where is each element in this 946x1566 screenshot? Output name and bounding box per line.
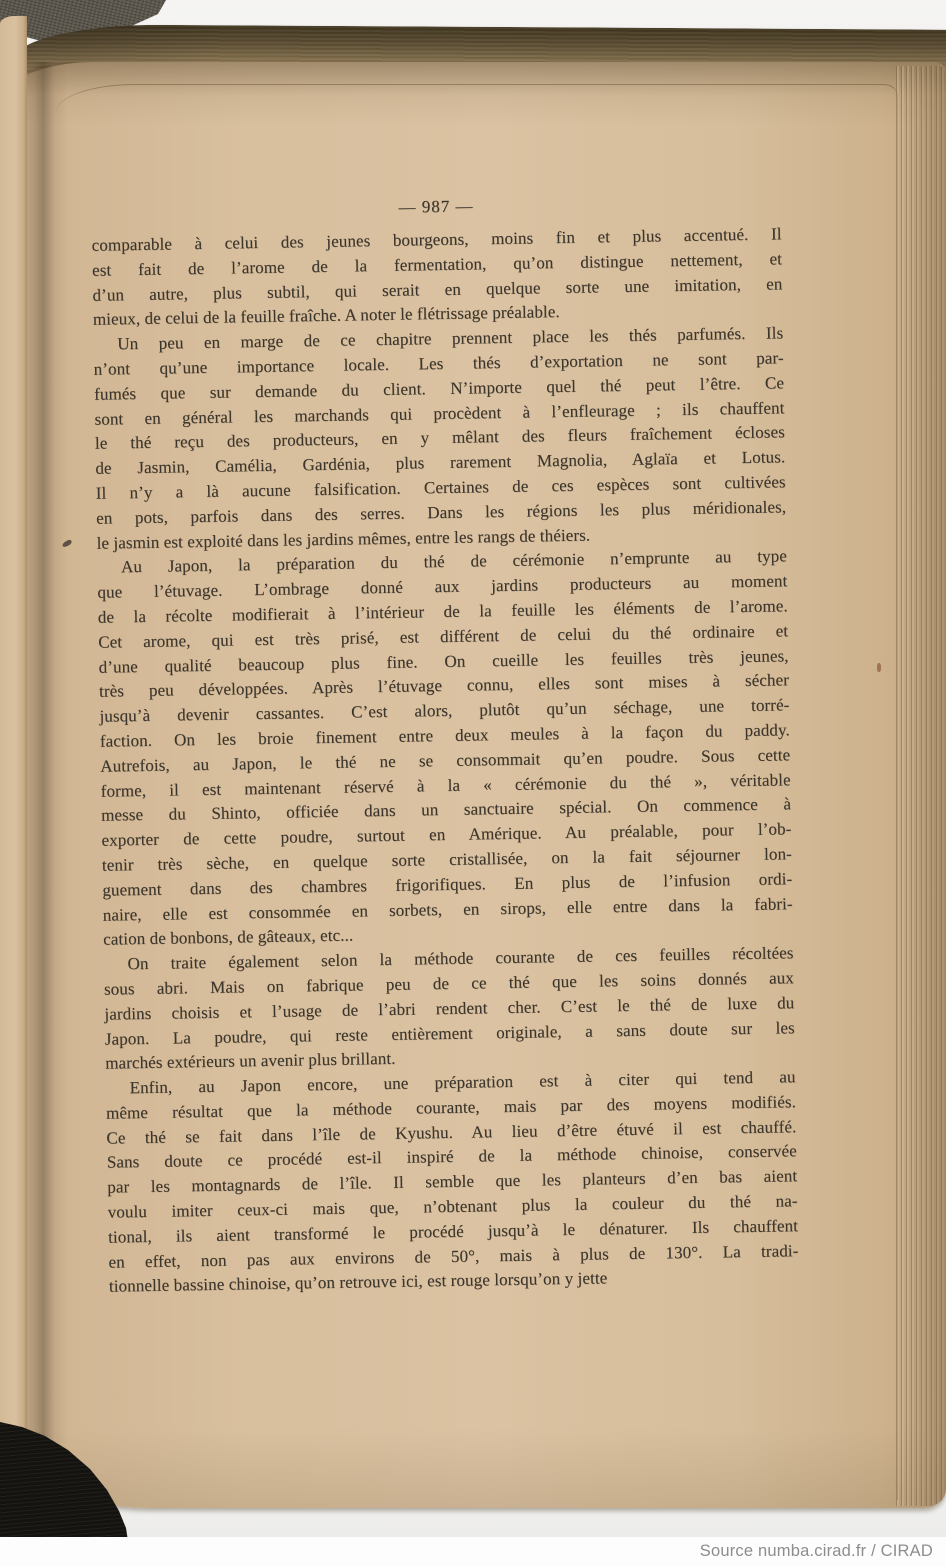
text-block: — 987 — comparable à celui des jeunes bo… (91, 190, 799, 1300)
previous-page-edge (0, 16, 27, 1440)
paragraph: comparable à celui des jeunes bourgeons,… (91, 222, 783, 333)
page-fore-edge (894, 66, 946, 1506)
watermark-text: Source numba.cirad.fr / CIRAD (700, 1542, 946, 1560)
book-scan-page: — 987 — comparable à celui des jeunes bo… (0, 0, 946, 1566)
paragraph: Un peu en marge de ce chapitre prennent … (93, 322, 787, 557)
paragraph: On traite également selon la méthode cou… (103, 941, 795, 1076)
paragraph: Au Japon, la préparation du thé de cérém… (97, 545, 793, 953)
paragraph: Enfin, au Japon encore, une préparation … (105, 1065, 799, 1300)
paragraphs: comparable à celui des jeunes bourgeons,… (91, 222, 799, 1300)
watermark-bar: Source numba.cirad.fr / CIRAD (0, 1537, 946, 1566)
margin-mark (877, 663, 881, 672)
